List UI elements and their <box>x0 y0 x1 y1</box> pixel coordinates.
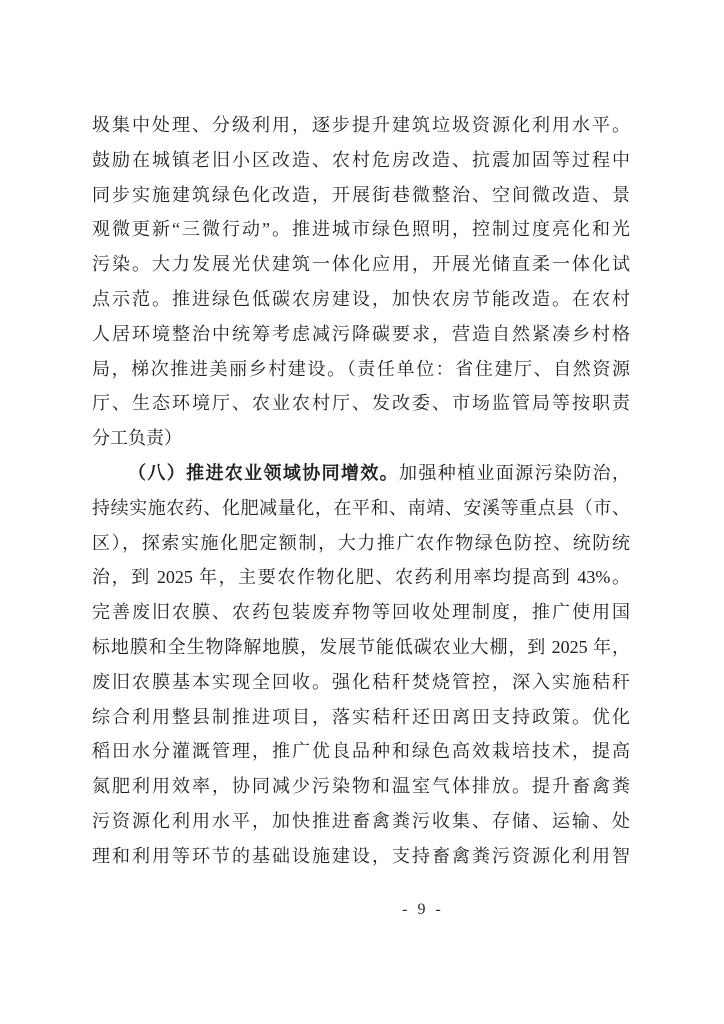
text-line: 厅、生态环境厅、农业农村厅、发改委、市场监管局等按职责 <box>92 386 630 421</box>
text-line: 观微更新“三微行动”。推进城市绿色照明，控制过度亮化和光 <box>92 212 630 247</box>
text-line: 废旧农膜基本实现全回收。强化秸秆焚烧管控，深入实施秸秆 <box>92 665 630 700</box>
text-line: 污染。大力发展光伏建筑一体化应用，开展光储直柔一体化试 <box>92 247 630 282</box>
document-page: 圾集中处理、分级利用，逐步提升建筑垃圾资源化利用水平。鼓励在城镇老旧小区改造、农… <box>0 0 724 1024</box>
text-line: 分工负责） <box>92 421 630 456</box>
text-line: 标地膜和全生物降解地膜，发展节能低碳农业大棚，到 2025 年， <box>92 630 630 665</box>
text-line: 鼓励在城镇老旧小区改造、农村危房改造、抗震加固等过程中 <box>92 143 630 178</box>
text-line: 理和利用等环节的基础设施建设，支持畜禽粪污资源化利用智 <box>92 839 630 874</box>
text-line: 人居环境整治中统筹考虑减污降碳要求，营造自然紧凑乡村格 <box>92 317 630 352</box>
paragraph-heading-line: （八）推进农业领域协同增效。加强种植业面源污染防治， <box>92 456 630 491</box>
text-line: 区），探索实施化肥定额制，大力推广农作物绿色防控、统防统 <box>92 526 630 561</box>
text-block: 圾集中处理、分级利用，逐步提升建筑垃圾资源化利用水平。鼓励在城镇老旧小区改造、农… <box>92 108 630 874</box>
section-heading: （八）推进农业领域协同增效。 <box>128 463 399 483</box>
text-line: 局，梯次推进美丽乡村建设。（责任单位：省住建厅、自然资源 <box>92 352 630 387</box>
text-line: 圾集中处理、分级利用，逐步提升建筑垃圾资源化利用水平。 <box>92 108 630 143</box>
text-line: 持续实施农药、化肥减量化，在平和、南靖、安溪等重点县（市、 <box>92 491 630 526</box>
text-line: 治，到 2025 年，主要农作物化肥、农药利用率均提高到 43%。 <box>92 560 630 595</box>
text-line: 同步实施建筑绿色化改造，开展街巷微整治、空间微改造、景 <box>92 178 630 213</box>
text-line: 完善废旧农膜、农药包装废弃物等回收处理制度，推广使用国 <box>92 595 630 630</box>
text-line: 污资源化利用水平，加快推进畜禽粪污收集、存储、运输、处 <box>92 804 630 839</box>
text-line: 氮肥利用效率，协同减少污染物和温室气体排放。提升畜禽粪 <box>92 769 630 804</box>
text-line: 点示范。推进绿色低碳农房建设，加快农房节能改造。在农村 <box>92 282 630 317</box>
page-number: - 9 - <box>402 901 444 919</box>
text-line: 综合利用整县制推进项目，落实秸秆还田离田支持政策。优化 <box>92 700 630 735</box>
text-line: 稻田水分灌溉管理，推广优良品种和绿色高效栽培技术，提高 <box>92 734 630 769</box>
